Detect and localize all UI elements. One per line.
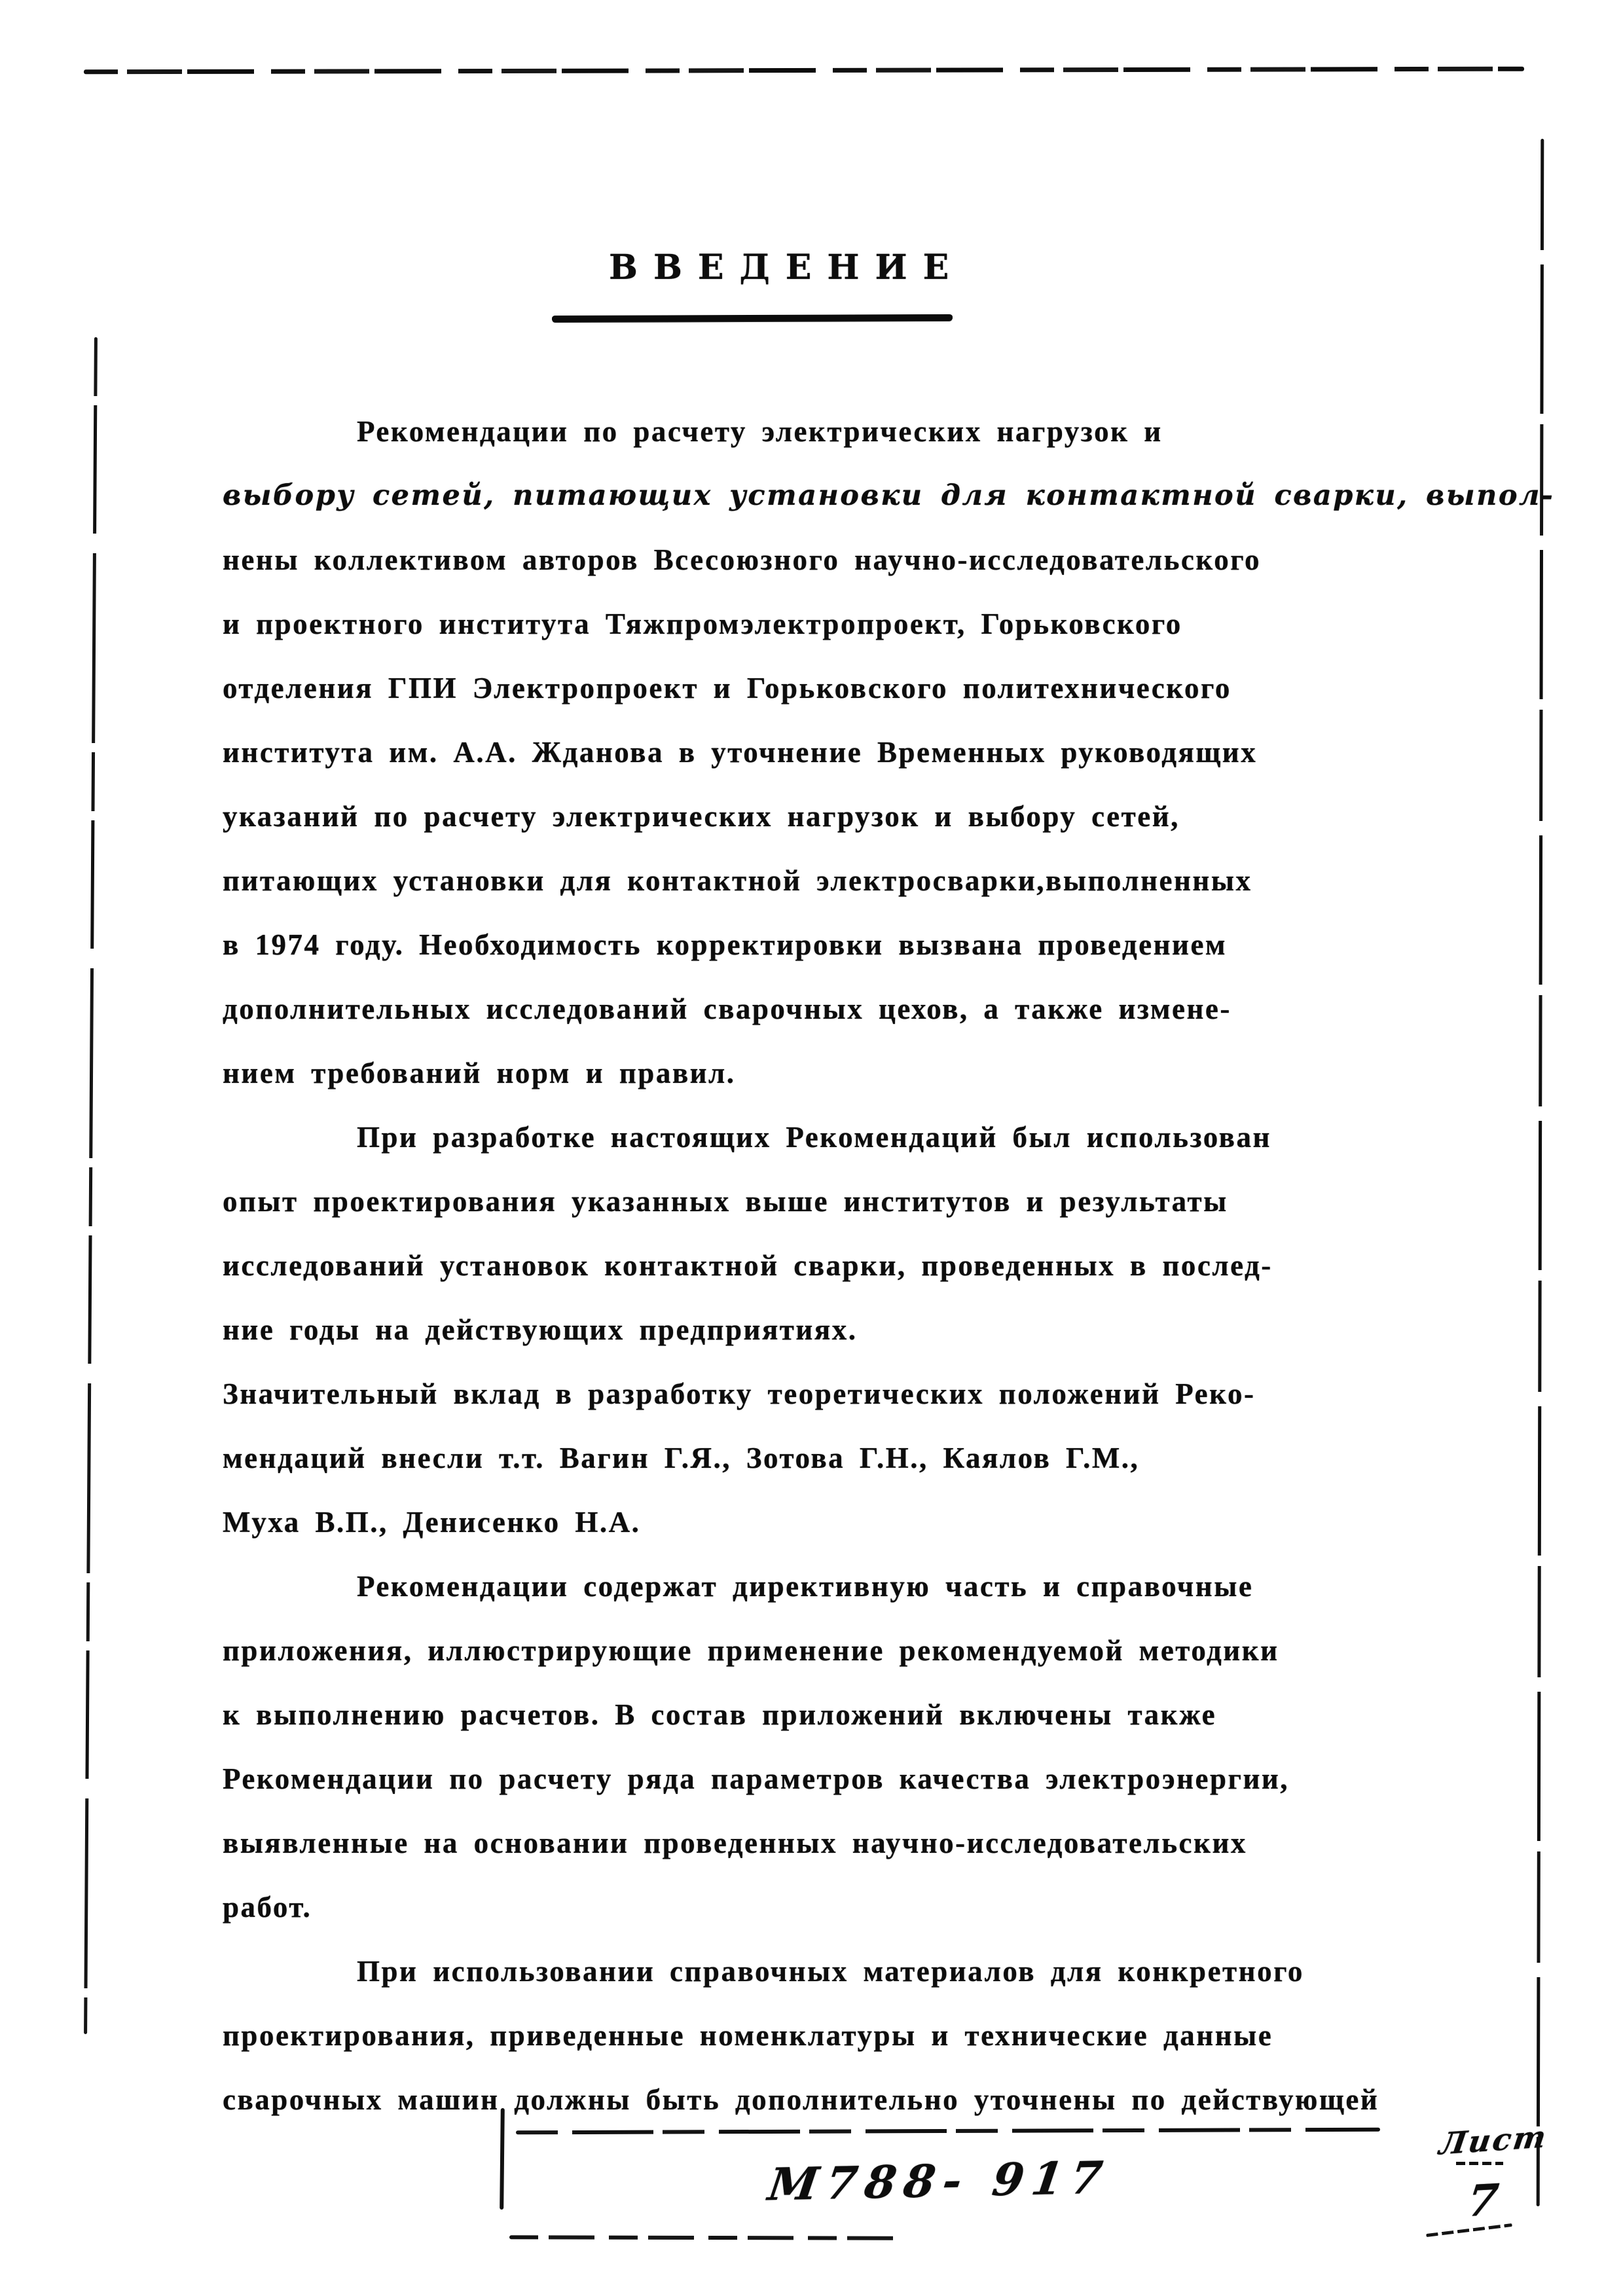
body-line: питающих установки для контактной электр…: [223, 848, 1414, 913]
left-border-line: [84, 337, 98, 2034]
body-line: и проектного института Тяжпромэлектропро…: [223, 592, 1414, 656]
body-line: указаний по расчету электрических нагруз…: [223, 784, 1414, 848]
right-border-line: [1537, 139, 1544, 2206]
body-line: выбору сетей, питающих установки для кон…: [223, 464, 1414, 528]
document-body: Рекомендации по расчету электрических на…: [223, 399, 1414, 2132]
top-border-line: [84, 67, 1524, 75]
body-line: Рекомендации по расчету ряда параметров …: [223, 1747, 1414, 1811]
body-line: Значительный вклад в разработку теоретич…: [223, 1362, 1414, 1426]
body-line: нены коллективом авторов Всесоюзного нау…: [223, 528, 1414, 592]
body-line: выявленные на основании проведенных науч…: [223, 1811, 1414, 1875]
body-line: нием требований норм и правил.: [223, 1041, 1414, 1105]
body-line: приложения, иллюстрирующие применение ре…: [223, 1618, 1414, 1683]
body-line: отделения ГПИ Электропроект и Горьковско…: [223, 656, 1414, 720]
body-line: дополнительных исследований сварочных це…: [223, 977, 1414, 1041]
body-line: опыт проектирования указанных выше инсти…: [223, 1169, 1414, 1233]
body-line: института им. А.А. Жданова в уточнение В…: [223, 720, 1414, 784]
footer-vertical-tick: [500, 2108, 505, 2210]
body-line: При разработке настоящих Рекомендаций бы…: [223, 1105, 1414, 1169]
body-line: ние годы на действующих предприятиях.: [223, 1298, 1414, 1362]
body-line: Рекомендации содержат директивную часть …: [223, 1554, 1414, 1618]
sheet-number: 7: [1465, 2174, 1501, 2227]
body-line: в 1974 году. Необходимость корректировки…: [223, 913, 1414, 977]
body-line: Рекомендации по расчету электрических на…: [223, 399, 1414, 464]
body-line: мендаций внесли т.т. Вагин Г.Я., Зотова …: [223, 1426, 1414, 1490]
footer-dashed-line-bottom: [509, 2235, 896, 2240]
body-line: исследований установок контактной сварки…: [223, 1233, 1414, 1298]
body-line: проектирования, приведенные номенклатуры…: [223, 2003, 1414, 2068]
sheet-label-underline: [1456, 2162, 1503, 2165]
body-line: При использовании справочных материалов …: [223, 1939, 1414, 2003]
body-line: Муха В.П., Денисенко Н.А.: [223, 1490, 1414, 1554]
handwritten-doc-number: М788- 917: [765, 2152, 1114, 2212]
scanned-document-page: ВВЕДЕНИЕ Рекомендации по расчету электри…: [0, 0, 1623, 2296]
sheet-label: Лист: [1437, 2119, 1550, 2161]
page-title: ВВЕДЕНИЕ: [609, 247, 976, 287]
title-underline: [552, 314, 953, 322]
body-line: к выполнению расчетов. В состав приложен…: [223, 1683, 1414, 1747]
body-line: работ.: [223, 1875, 1414, 1939]
body-line: сварочных машин должны быть дополнительн…: [223, 2068, 1414, 2132]
